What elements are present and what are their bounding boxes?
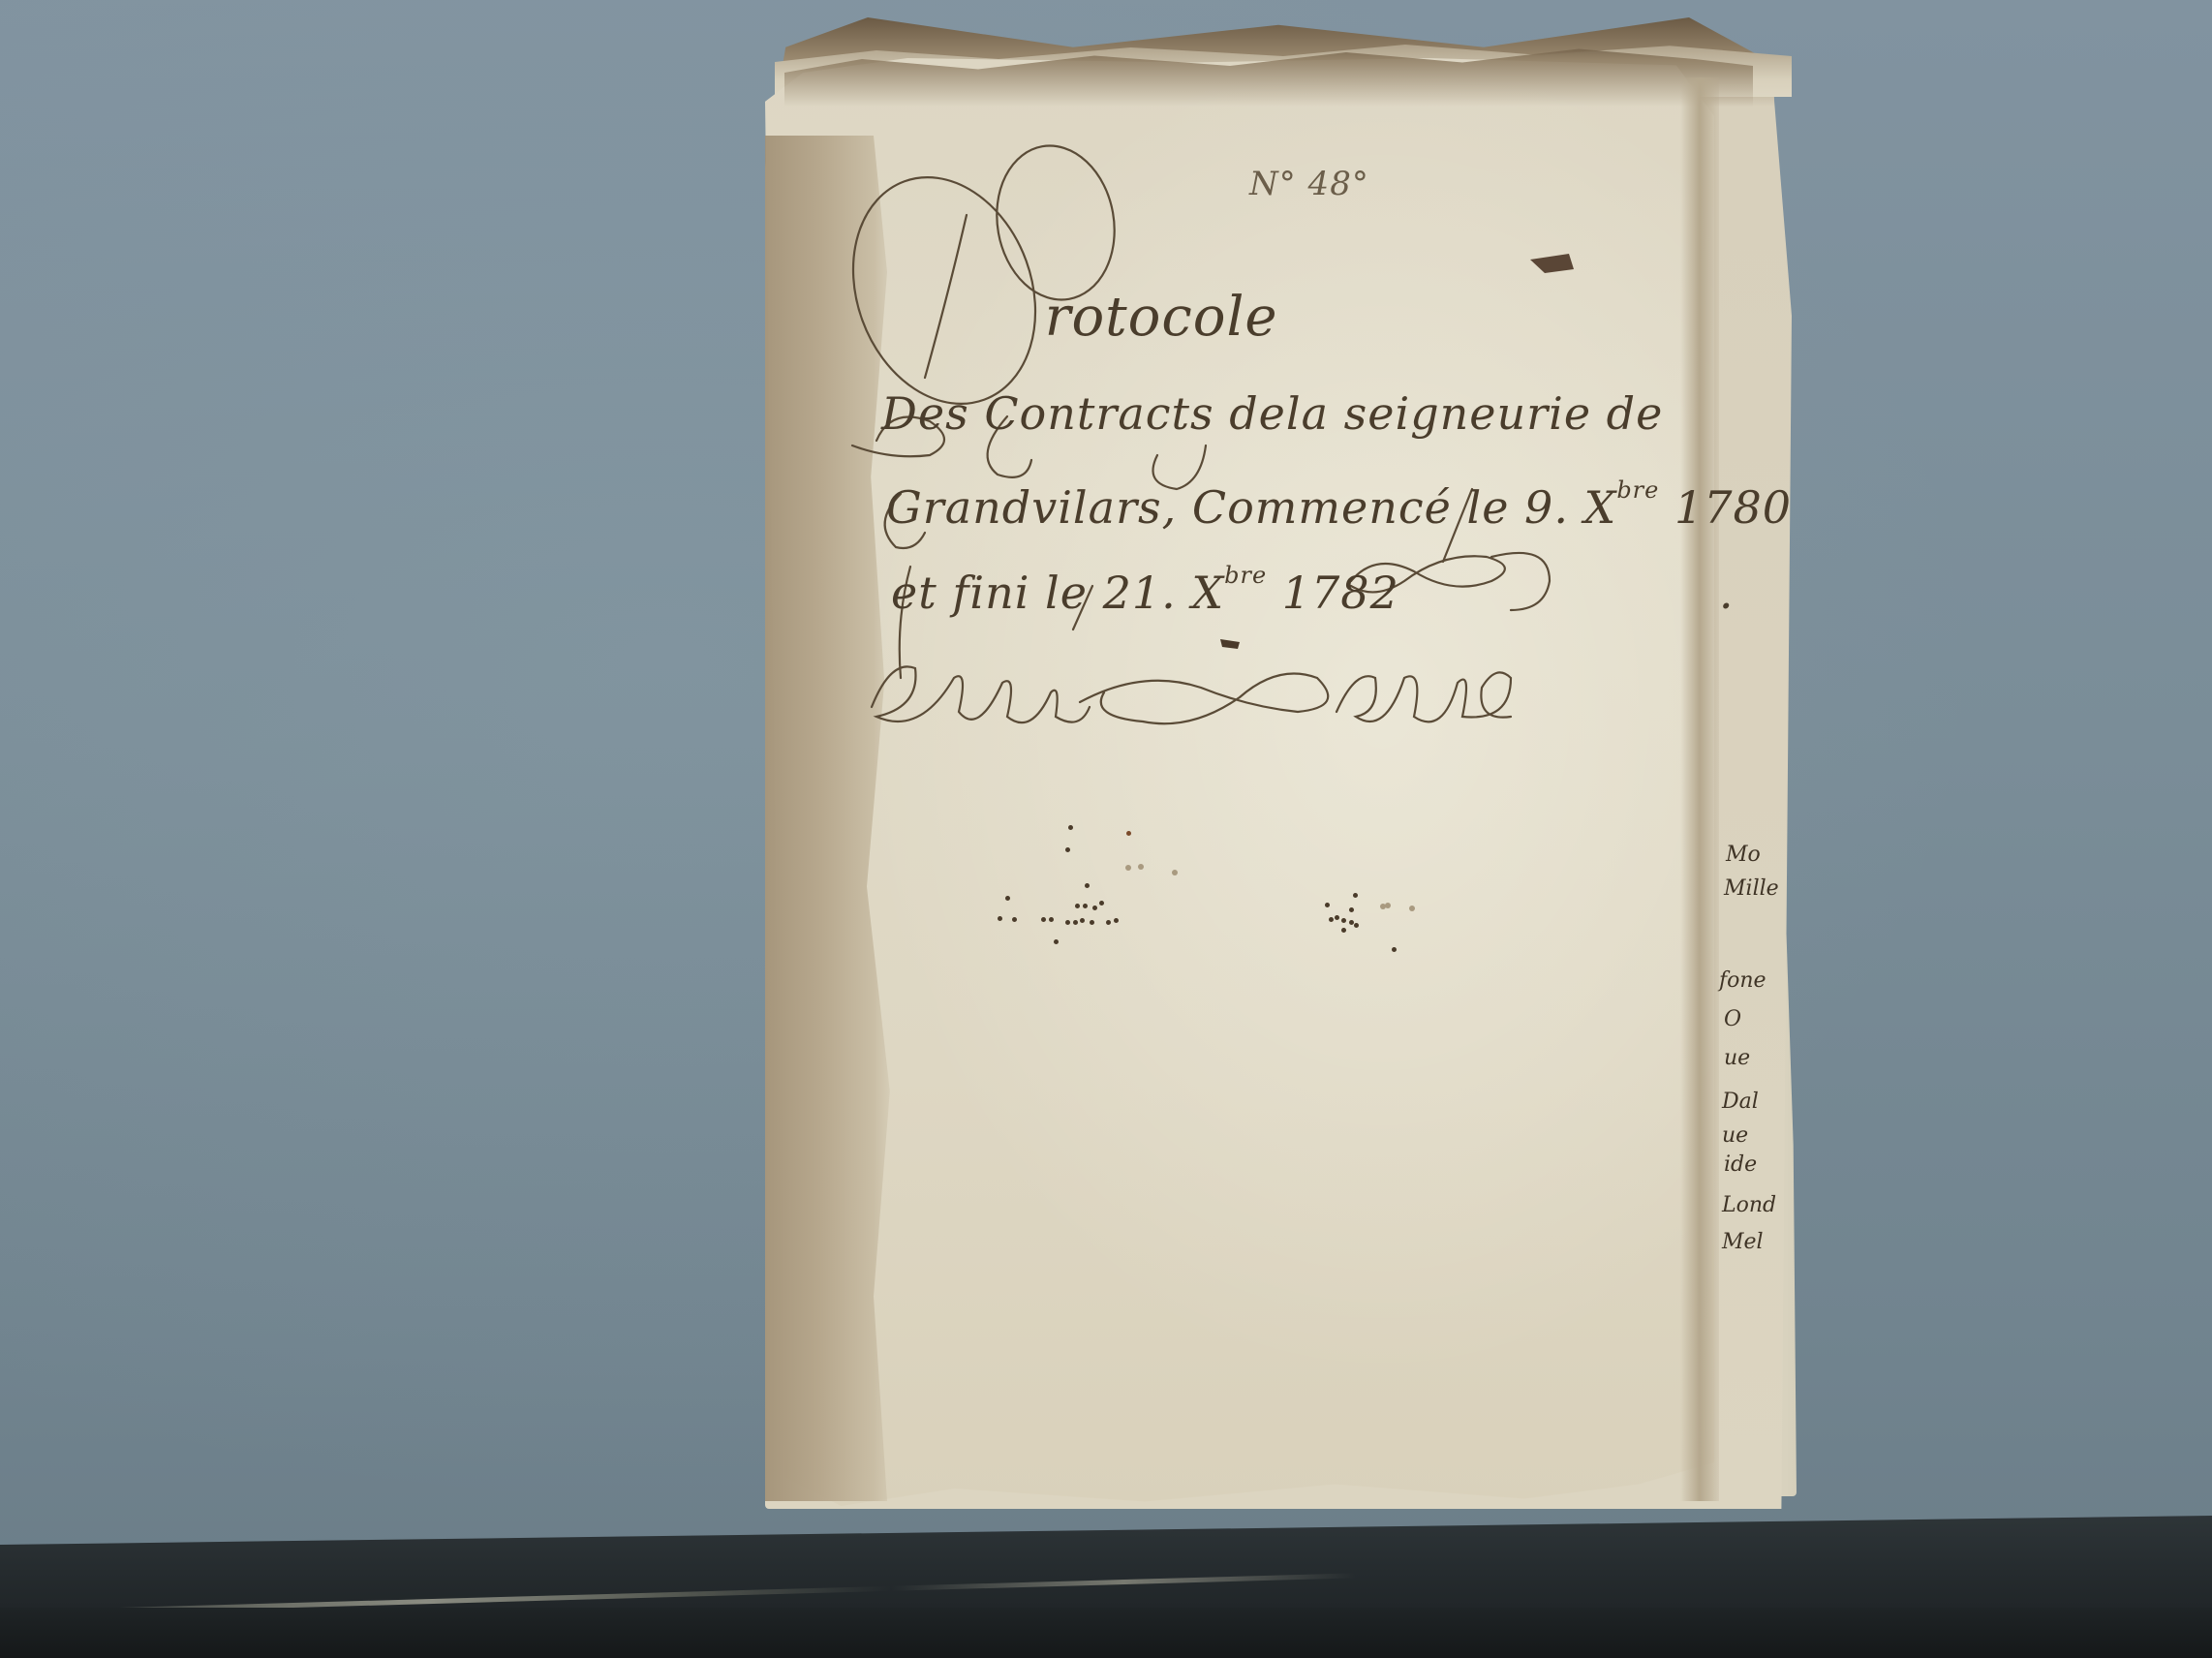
document-title: Protocole: [1007, 286, 1278, 349]
calligraphy-flourishes: [0, 0, 2212, 1658]
document-number: N° 48°: [1249, 165, 1369, 203]
title-line-3: et fini le 21. Xbre 1782.: [891, 562, 1734, 619]
superscript-bre: bre: [1224, 562, 1267, 589]
year-start: 1780: [1659, 481, 1792, 534]
ink-blot: [1530, 254, 1574, 273]
title-line-2: Grandvilars, Commencé le 9. Xbre 1780: [886, 476, 1792, 534]
superscript-bre: bre: [1616, 476, 1659, 504]
line-3-text: et fini le 21. X: [891, 567, 1224, 619]
title-line-1: Des Contracts dela seigneurie de: [881, 387, 1663, 440]
final-period: .: [1719, 567, 1735, 619]
line-2-text: Grandvilars, Commencé le 9. X: [886, 481, 1616, 534]
title-rest: rotocole: [1045, 286, 1278, 349]
year-end: 1782: [1267, 567, 1399, 619]
ink-blot: [1220, 639, 1240, 649]
